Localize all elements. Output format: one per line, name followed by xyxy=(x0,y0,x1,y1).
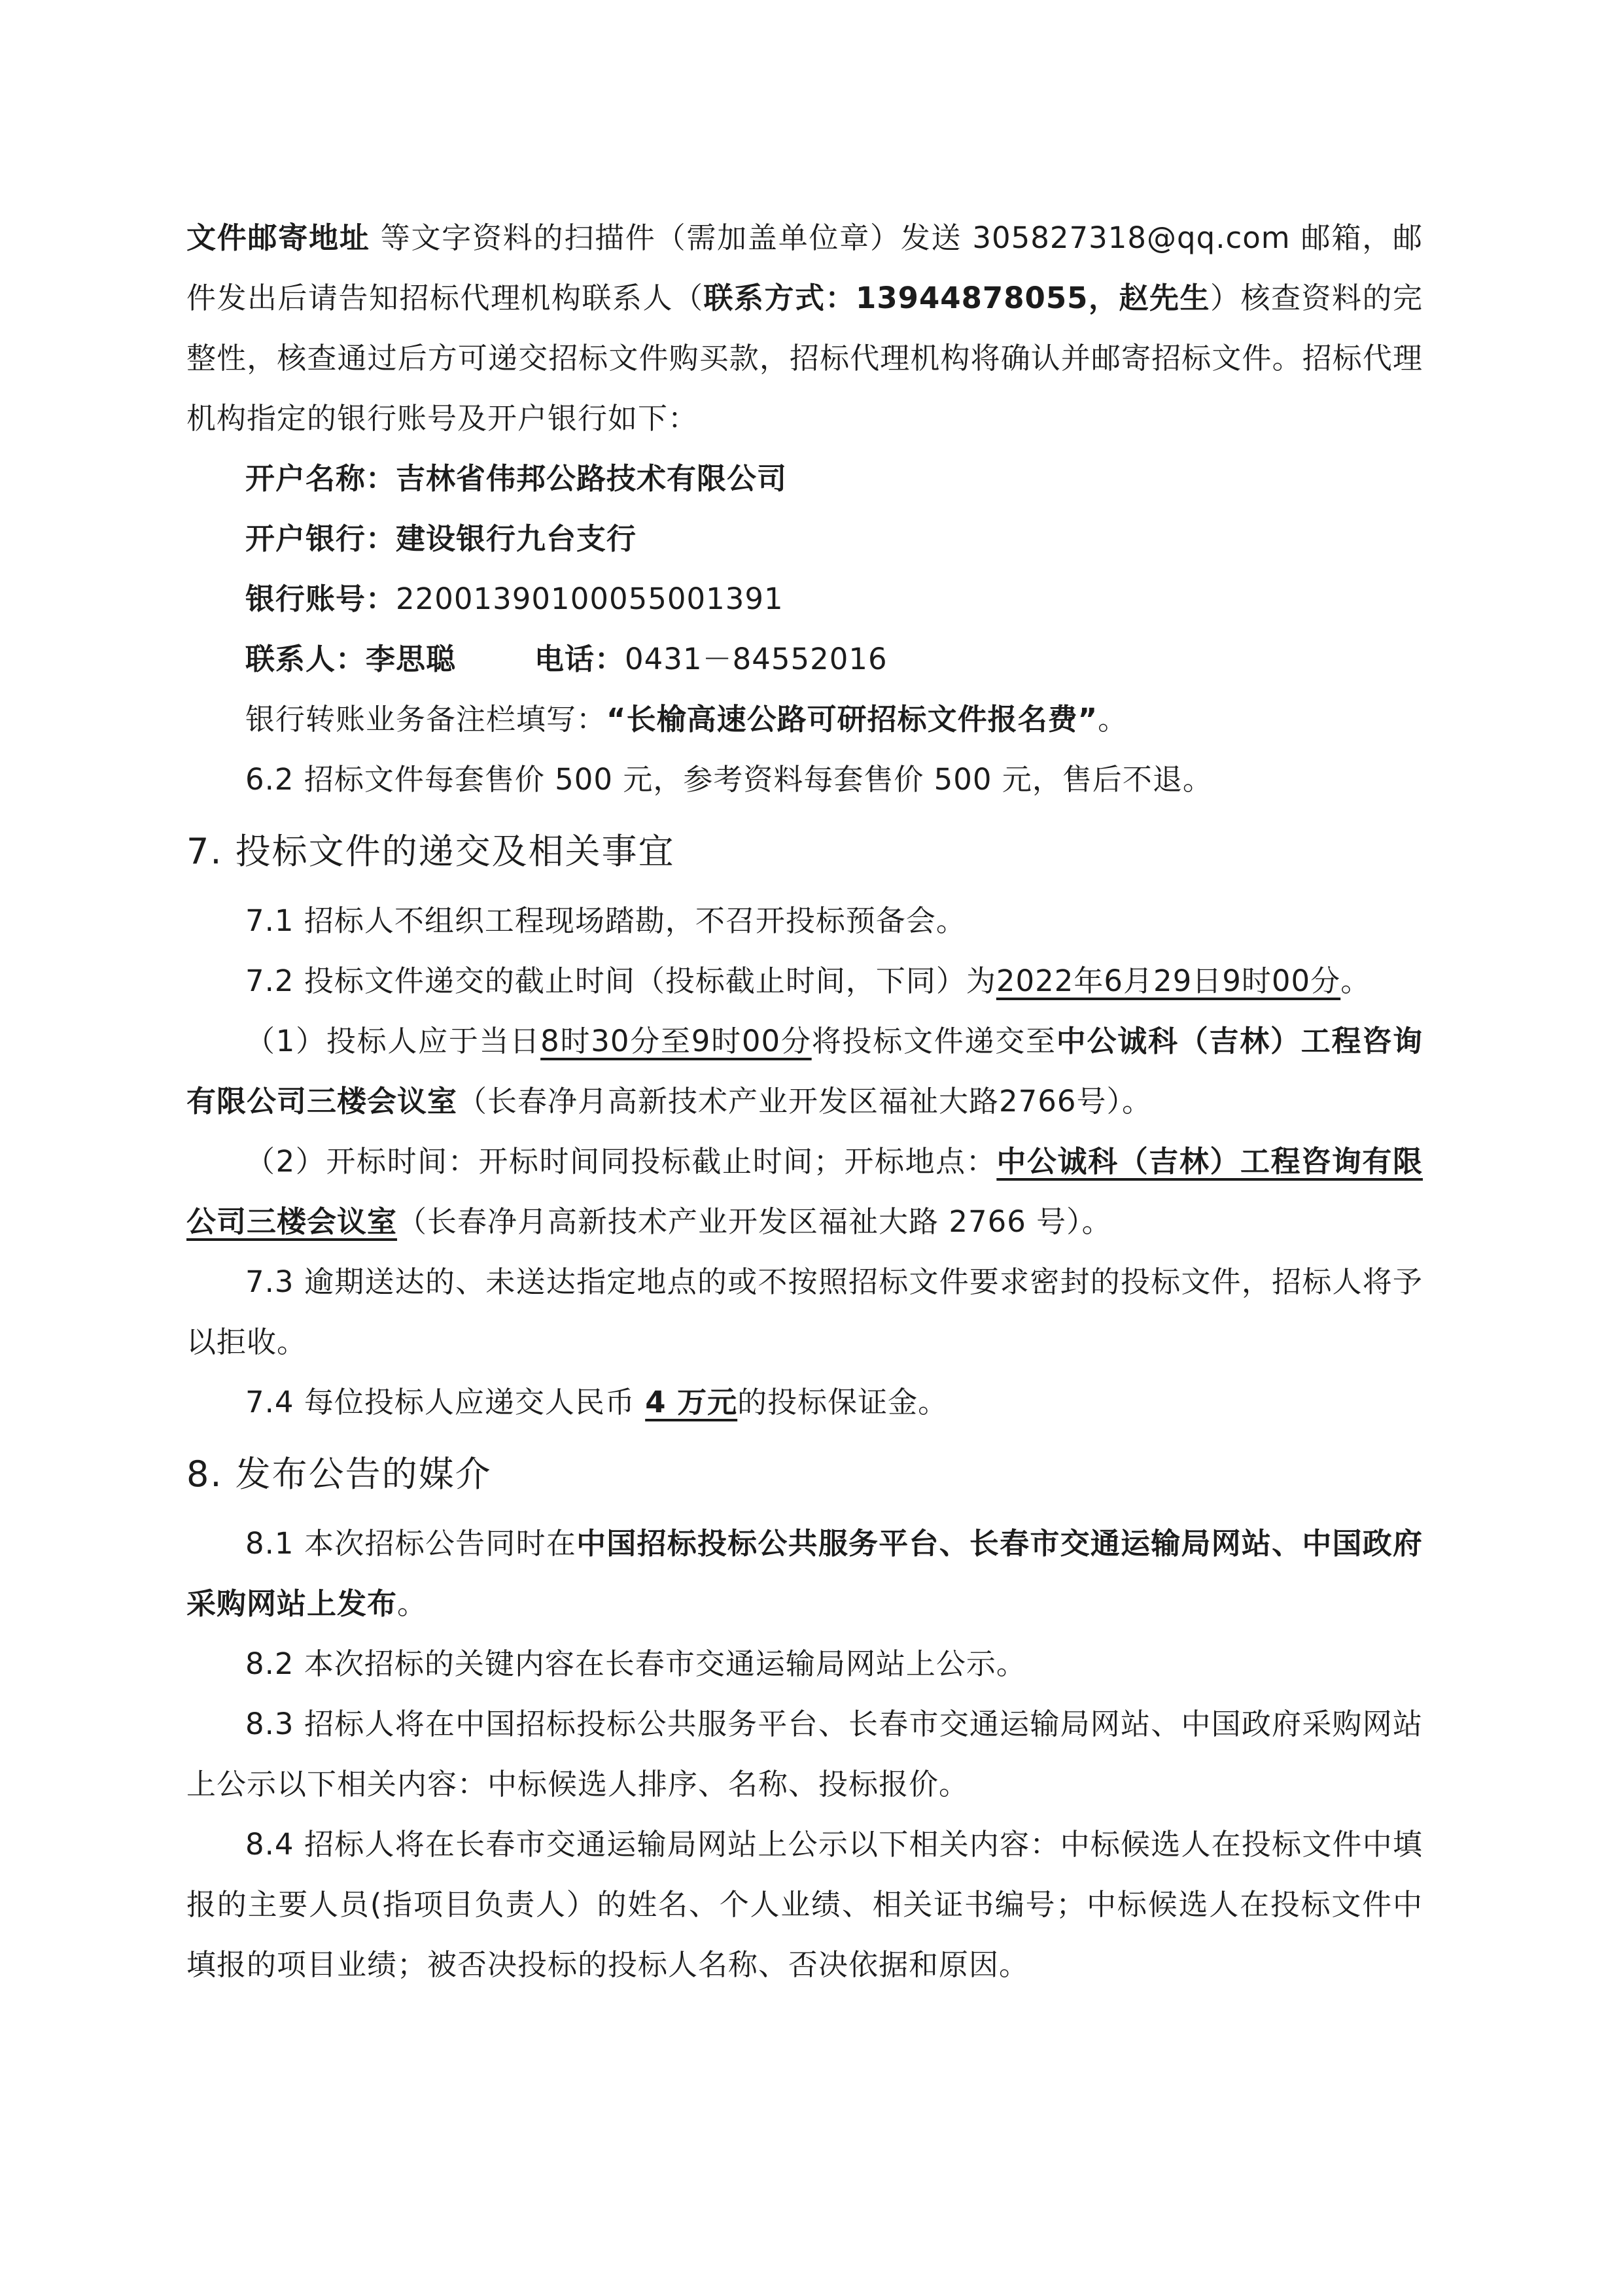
submission-time-window: 8时30分至9时00分 xyxy=(540,1024,812,1058)
clause-7-2-item-1: （1）投标人应于当日8时30分至9时00分将投标文件递交至中公诚科（吉林）工程咨… xyxy=(186,1011,1423,1132)
bank-label: 开户银行： xyxy=(245,521,396,556)
intro-paragraph: 文件邮寄地址 等文字资料的扫描件（需加盖单位章）发送 305827318@qq.… xyxy=(186,208,1423,449)
clause-8-1-end: 。 xyxy=(397,1586,427,1621)
document-page: 文件邮寄地址 等文字资料的扫描件（需加盖单位章）发送 305827318@qq.… xyxy=(186,208,1423,1995)
clause-7-2-text: 7.2 投标文件递交的截止时间（投标截止时间，下同）为 xyxy=(245,964,996,998)
account-number-value: 22001390100055001391 xyxy=(396,582,784,616)
account-name-value: 吉林省伟邦公路技术有限公司 xyxy=(396,461,787,496)
clause-7-4: 7.4 每位投标人应递交人民币 4 万元的投标保证金。 xyxy=(186,1372,1423,1433)
clause-6-2: 6.2 招标文件每套售价 500 元，参考资料每套售价 500 元，售后不退。 xyxy=(186,750,1423,810)
account-name-label: 开户名称： xyxy=(245,461,396,496)
section-8-title: 8. 发布公告的媒介 xyxy=(186,1442,1423,1507)
transfer-remark-line: 银行转账业务备注栏填写：“长榆高速公路可研招标文件报名费”。 xyxy=(186,689,1423,750)
clause-8-3: 8.3 招标人将在中国招标投标公共服务平台、长春市交通运输局网站、中国政府采购网… xyxy=(186,1694,1423,1815)
mailing-address-label: 文件邮寄地址 xyxy=(186,220,370,255)
bid-bond-amount: 4 万元 xyxy=(645,1385,737,1419)
item1-text-a: （1）投标人应于当日 xyxy=(245,1024,540,1058)
phone-value: 0431－84552016 xyxy=(625,642,888,676)
clause-7-2-item-2: （2）开标时间：开标时间同投标截止时间；开标地点：中公诚科（吉林）工程咨询有限公… xyxy=(186,1132,1423,1252)
clause-8-1: 8.1 本次招标公告同时在中国招标投标公共服务平台、长春市交通运输局网站、中国政… xyxy=(186,1514,1423,1634)
submission-address: （长春净月高新技术产业开发区福祉大路2766号）。 xyxy=(457,1084,1152,1119)
account-number-line: 银行账号：22001390100055001391 xyxy=(186,569,1423,629)
account-number-label: 银行账号： xyxy=(245,582,396,616)
item2-text-a: （2）开标时间：开标时间同投标截止时间；开标地点： xyxy=(245,1144,996,1179)
clause-8-1-text: 8.1 本次招标公告同时在 xyxy=(245,1526,576,1561)
clause-7-4-text-a: 7.4 每位投标人应递交人民币 xyxy=(245,1385,645,1419)
remark-value: “长榆高速公路可研招标文件报名费” xyxy=(606,702,1098,737)
remark-end: 。 xyxy=(1098,702,1128,737)
contact-value: 李思聪 xyxy=(366,642,456,676)
account-name-line: 开户名称：吉林省伟邦公路技术有限公司 xyxy=(186,449,1423,509)
bid-deadline: 2022年6月29日9时00分 xyxy=(996,964,1340,998)
agency-contact: 联系方式：13944878055，赵先生 xyxy=(704,281,1210,315)
clause-7-4-text-b: 的投标保证金。 xyxy=(737,1385,948,1419)
phone-label: 电话： xyxy=(534,642,625,676)
clause-7-2-end: 。 xyxy=(1340,964,1370,998)
contact-label: 联系人： xyxy=(245,642,366,676)
bank-value: 建设银行九台支行 xyxy=(396,521,637,556)
section-7-title: 7. 投标文件的递交及相关事宜 xyxy=(186,819,1423,884)
clause-7-1: 7.1 招标人不组织工程现场踏勘，不召开投标预备会。 xyxy=(186,891,1423,951)
remark-label: 银行转账业务备注栏填写： xyxy=(245,702,606,737)
opening-address: （长春净月高新技术产业开发区福祉大路 2766 号）。 xyxy=(397,1204,1112,1239)
bank-line: 开户银行：建设银行九台支行 xyxy=(186,509,1423,569)
contact-line: 联系人：李思聪电话：0431－84552016 xyxy=(186,629,1423,689)
item1-text-b: 将投标文件递交至 xyxy=(812,1024,1056,1058)
clause-8-2: 8.2 本次招标的关键内容在长春市交通运输局网站上公示。 xyxy=(186,1634,1423,1694)
clause-8-4: 8.4 招标人将在长春市交通运输局网站上公示以下相关内容：中标候选人在投标文件中… xyxy=(186,1815,1423,1995)
clause-7-2: 7.2 投标文件递交的截止时间（投标截止时间，下同）为2022年6月29日9时0… xyxy=(186,951,1423,1011)
clause-7-3: 7.3 逾期送达的、未送达指定地点的或不按照招标文件要求密封的投标文件，招标人将… xyxy=(186,1252,1423,1372)
